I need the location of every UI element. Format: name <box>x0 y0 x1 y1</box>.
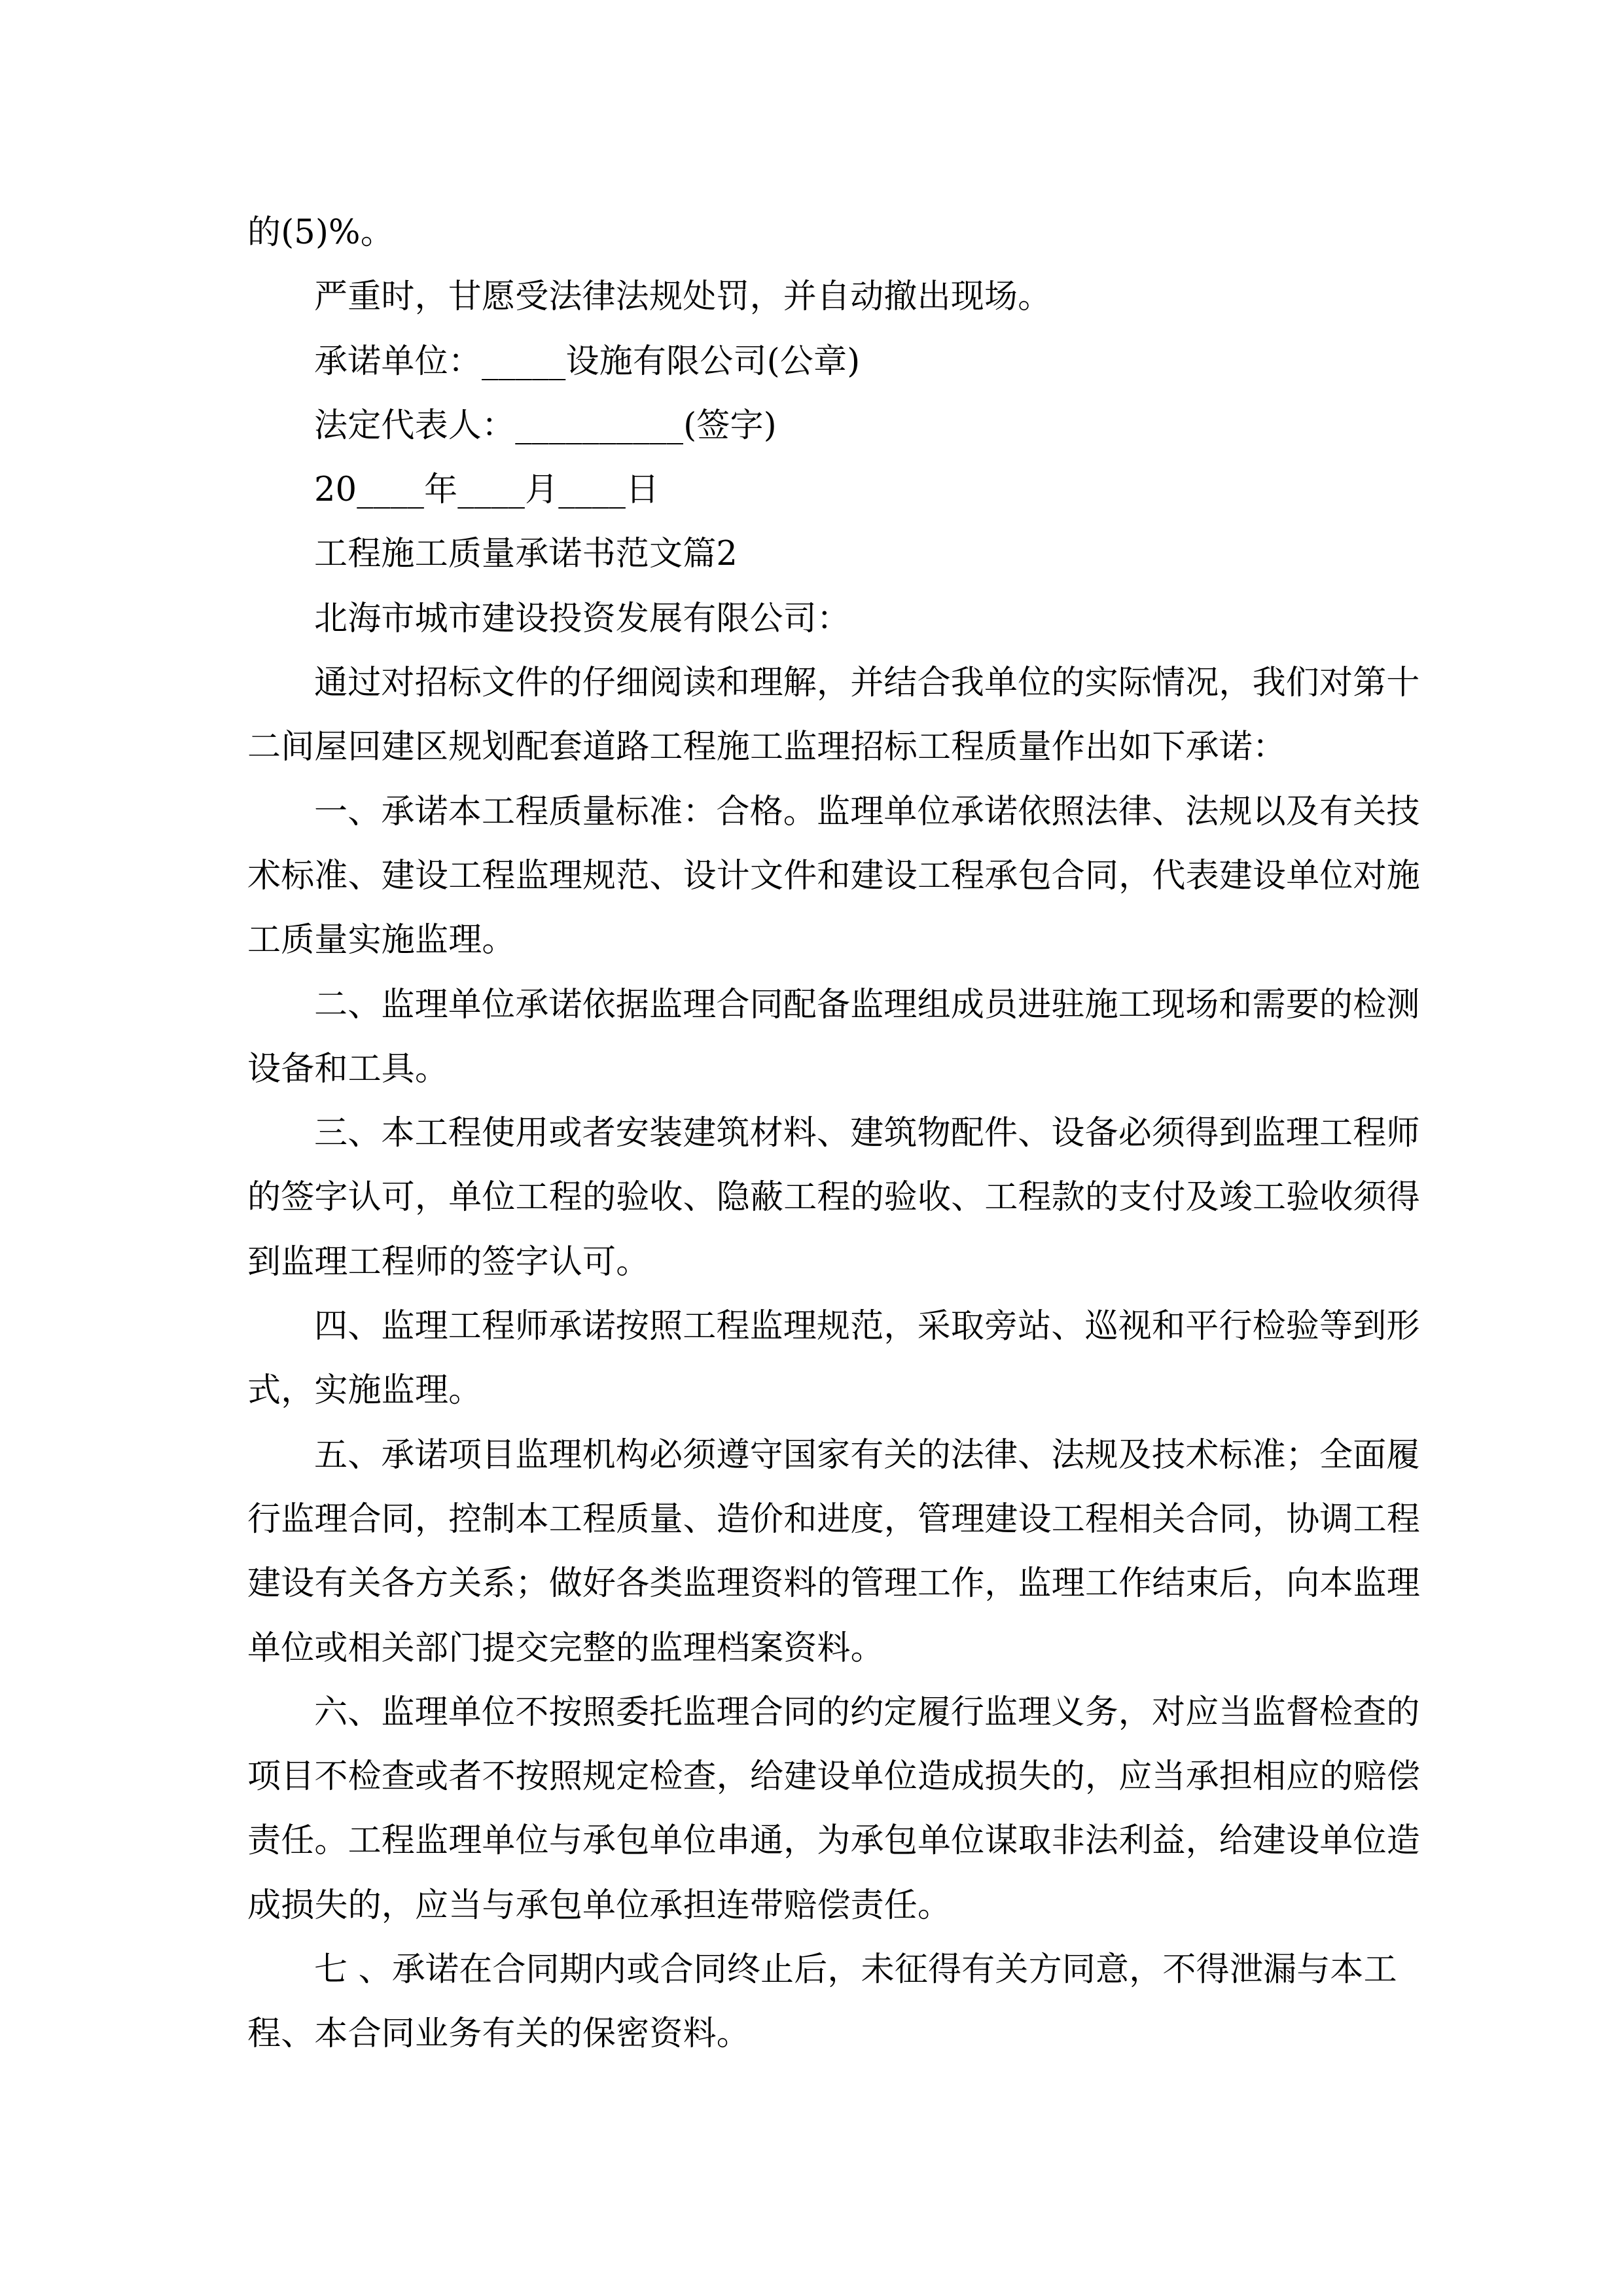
clause-7: 七 、承诺在合同期内或合同终止后，未征得有关方同意，不得泄漏与本工 <box>247 1938 1386 2002</box>
text-line: 单位或相关部门提交完整的监理档案资料。 <box>247 1617 1386 1681</box>
clause-1: 一、承诺本工程质量标准：合格。监理单位承诺依照法律、法规以及有关技 <box>247 780 1386 844</box>
clause-3: 三、本工程使用或者安装建筑材料、建筑物配件、设备必须得到监理工程师 <box>247 1102 1386 1166</box>
text-line: 术标准、建设工程监理规范、设计文件和建设工程承包合同，代表建设单位对施 <box>247 844 1386 908</box>
text-line: 式，实施监理。 <box>247 1359 1386 1423</box>
document-page: 的(5)%。 严重时，甘愿受法律法规处罚，并自动撤出现场。 承诺单位：_____… <box>247 201 1386 2067</box>
text-line: 二间屋回建区规划配套道路工程施工监理招标工程质量作出如下承诺： <box>247 715 1386 780</box>
text-line: 到监理工程师的签字认可。 <box>247 1230 1386 1295</box>
signature-representative-line: 法定代表人：__________(签字) <box>247 394 1386 458</box>
text-line: 通过对招标文件的仔细阅读和理解，并结合我单位的实际情况，我们对第十 <box>247 651 1386 715</box>
text-line: 责任。工程监理单位与承包单位串通，为承包单位谋取非法利益，给建设单位造 <box>247 1809 1386 1873</box>
signature-company-line: 承诺单位：_____设施有限公司(公章) <box>247 330 1386 394</box>
text-line: 工质量实施监理。 <box>247 908 1386 973</box>
signature-date-line: 20____年____月____日 <box>247 458 1386 522</box>
clause-5: 五、承诺项目监理机构必须遵守国家有关的法律、法规及技术标准；全面履 <box>247 1424 1386 1488</box>
section-heading: 工程施工质量承诺书范文篇2 <box>247 522 1386 586</box>
clause-2: 二、监理单位承诺依据监理合同配备监理组成员进驻施工现场和需要的检测 <box>247 973 1386 1037</box>
text-line: 行监理合同，控制本工程质量、造价和进度，管理建设工程相关合同，协调工程 <box>247 1488 1386 1552</box>
text-line: 项目不检查或者不按照规定检查，给建设单位造成损失的，应当承担相应的赔偿 <box>247 1745 1386 1809</box>
text-line: 程、本合同业务有关的保密资料。 <box>247 2002 1386 2066</box>
text-line: 的(5)%。 <box>247 201 1386 265</box>
clause-6: 六、监理单位不按照委托监理合同的约定履行监理义务，对应当监督检查的 <box>247 1681 1386 1745</box>
text-line: 的签字认可，单位工程的验收、隐蔽工程的验收、工程款的支付及竣工验收须得 <box>247 1166 1386 1230</box>
addressee: 北海市城市建设投资发展有限公司： <box>247 587 1386 651</box>
text-line: 成损失的，应当与承包单位承担连带赔偿责任。 <box>247 1874 1386 1938</box>
text-line: 严重时，甘愿受法律法规处罚，并自动撤出现场。 <box>247 265 1386 329</box>
clause-4: 四、监理工程师承诺按照工程监理规范，采取旁站、巡视和平行检验等到形 <box>247 1295 1386 1359</box>
text-line: 设备和工具。 <box>247 1037 1386 1102</box>
text-line: 建设有关各方关系；做好各类监理资料的管理工作，监理工作结束后，向本监理 <box>247 1552 1386 1616</box>
